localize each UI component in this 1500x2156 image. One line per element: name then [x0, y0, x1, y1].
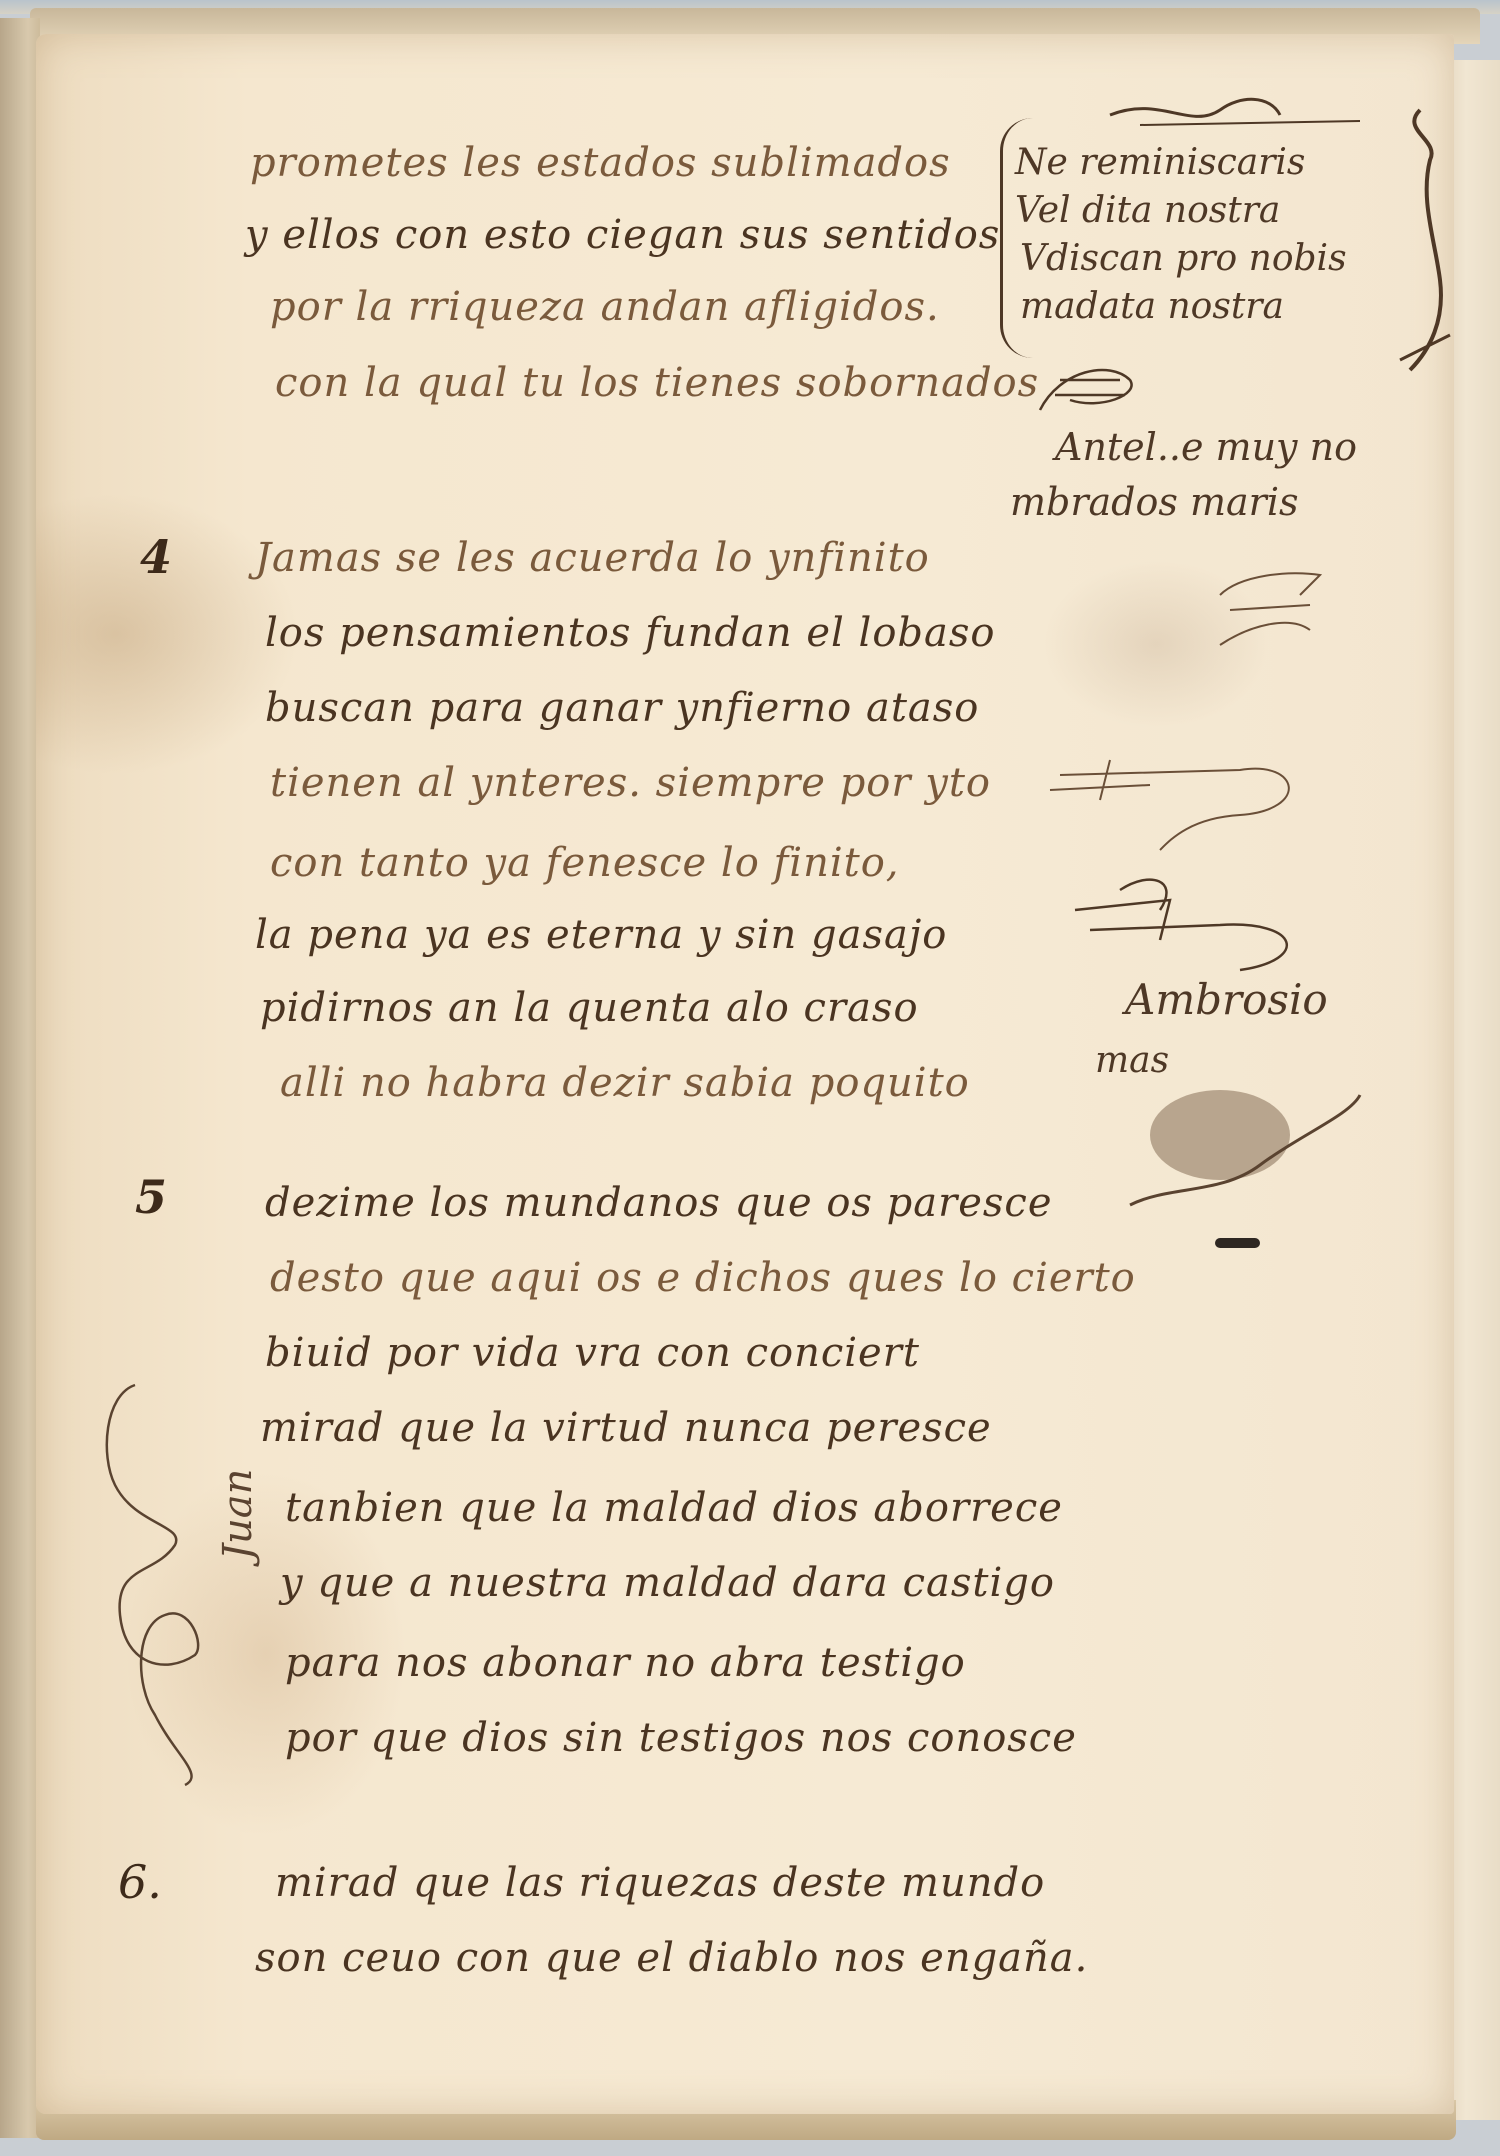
- poem-line: mirad que la virtud nunca peresce: [260, 1405, 992, 1451]
- pen-flourish-icon: [1200, 555, 1350, 669]
- pen-flourish-icon: [1040, 700, 1320, 854]
- poem-line: mirad que las riquezas deste mundo: [275, 1860, 1045, 1906]
- stanza-number: 6.: [118, 1855, 162, 1909]
- poem-line: por la rriqueza andan afligidos.: [270, 284, 940, 330]
- binding-edge: [0, 18, 40, 2138]
- poem-line: alli no habra dezir sabia poquito: [280, 1060, 970, 1106]
- poem-line: prometes les estados sublimados: [250, 140, 951, 186]
- stanza-number: 5: [135, 1170, 167, 1224]
- stanza-number: 4: [140, 530, 172, 584]
- poem-line: para nos abonar no abra testigo: [285, 1640, 966, 1686]
- name-note-line: mbrados maris: [1010, 480, 1298, 524]
- pen-flourish-icon: [1060, 850, 1320, 974]
- poem-line: y que a nuestra maldad dara castigo: [280, 1560, 1055, 1606]
- poem-line: pidirnos an la quenta alo craso: [260, 985, 919, 1031]
- signature-ambrosio: Ambrosio: [1125, 975, 1328, 1024]
- ink-smudge-flourish-icon: [1110, 1075, 1370, 1229]
- poem-line: tienen al ynteres. siempre por yto: [270, 760, 991, 806]
- poem-line: buscan para ganar ynfierno ataso: [265, 685, 979, 731]
- poem-line: con la qual tu los tienes sobornados: [275, 360, 1039, 406]
- poem-line: tanbien que la maldad dios aborrece: [285, 1485, 1063, 1531]
- poem-line: biuid por vida vra con conciert: [265, 1330, 920, 1376]
- j-flourish-icon: [95, 1375, 215, 1799]
- vertical-name-note: Juan: [215, 1469, 261, 1560]
- latin-line: madata nostra: [1020, 286, 1284, 327]
- poem-line: dezime los mundanos que os paresce: [265, 1180, 1053, 1226]
- latin-line: Vdiscan pro nobis: [1020, 238, 1347, 279]
- poem-line: los pensamientos fundan el lobaso: [265, 610, 995, 656]
- latin-line: Ne reminiscaris: [1015, 142, 1305, 183]
- monogram-flourish-icon: [1030, 350, 1150, 434]
- poem-line: por que dios sin testigos nos conosce: [285, 1715, 1077, 1761]
- vertical-flourish-icon: [1400, 100, 1460, 384]
- poem-line: son ceuo con que el diablo nos engaña.: [255, 1935, 1088, 1981]
- poem-line: con tanto ya fenesce lo finito,: [270, 840, 900, 886]
- ink-blot: [1215, 1238, 1260, 1248]
- latin-line: Vel dita nostra: [1015, 190, 1280, 231]
- poem-line: la pena ya es eterna y sin gasajo: [255, 912, 947, 958]
- poem-line: y ellos con esto ciegan sus sentidos: [245, 212, 1000, 258]
- poem-line: desto que aqui os e dichos ques lo ciert…: [270, 1255, 1136, 1301]
- loop-flourish-icon: [1100, 85, 1300, 139]
- name-note-line: Antel..e muy no: [1055, 425, 1357, 469]
- poem-line: Jamas se les acuerda lo ynfinito: [255, 535, 930, 581]
